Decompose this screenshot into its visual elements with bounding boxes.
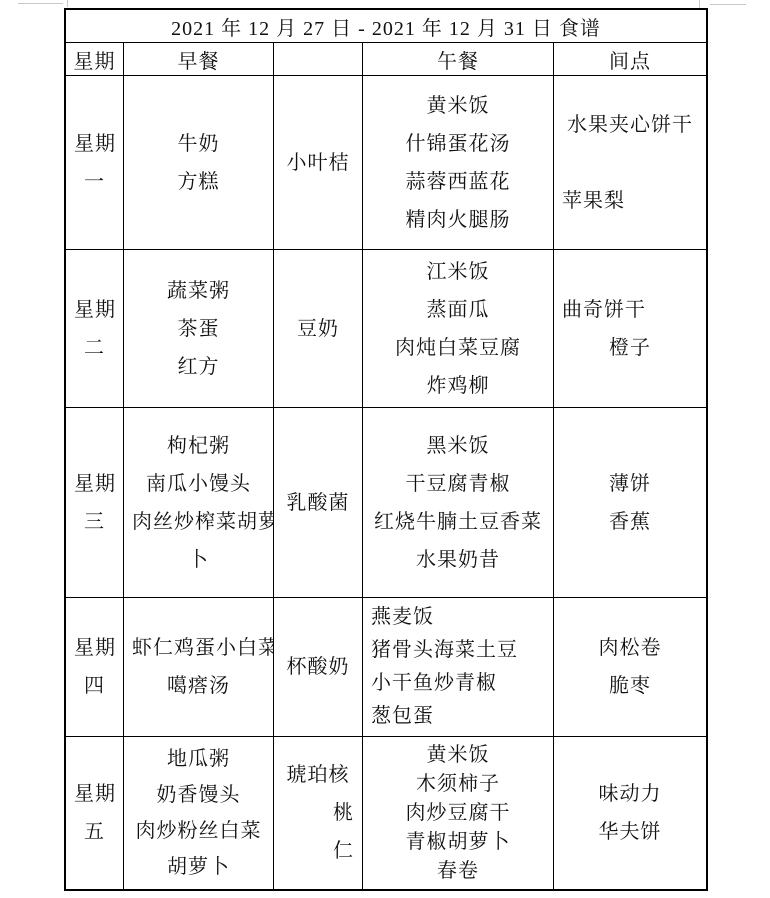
header-week: 星期 [66,43,124,76]
menu-item: 胡萝卜 [124,849,273,885]
day-cell: 星期二 [66,250,124,408]
extra-cell: 琥珀核桃仁 [274,737,363,889]
lunch-cell: 江米饭蒸面瓜肉炖白菜豆腐炸鸡柳 [363,250,554,408]
menu-item: 琥珀核 [274,756,362,794]
menu-item: 青椒胡萝卜 [363,828,553,857]
menu-item: 小叶桔 [274,144,362,182]
menu-item: 南瓜小馒头 [124,465,273,503]
day-label: 星期 [66,775,123,813]
day-label: 二 [66,329,123,367]
menu-item: 干豆腐青椒 [363,465,553,503]
menu-item: 乳酸菌 [274,484,362,522]
extra-cell: 杯酸奶 [274,598,363,737]
menu-item: 黑米饭 [363,427,553,465]
day-label: 星期 [66,125,123,163]
menu-item: 肉松卷 [554,629,706,667]
menu-item: 小干鱼炒青椒 [363,667,553,700]
menu-item: 枸杞粥 [124,427,273,465]
menu-item: 红方 [124,348,273,386]
day-cell: 星期四 [66,598,124,737]
menu-item: 地瓜粥 [124,741,273,777]
day-label: 星期 [66,629,123,667]
header-snack: 间点 [554,43,706,76]
menu-item: 茶蛋 [124,310,273,348]
table-title: 2021 年 12 月 27 日 - 2021 年 12 月 31 日 食谱 [66,10,706,43]
extra-cell: 乳酸菌 [274,408,363,598]
menu-item: 木须柿子 [363,770,553,799]
menu-item: 红烧牛腩土豆香菜 [363,503,553,541]
header-week-label: 星期 [66,45,124,74]
menu-item: 牛奶 [124,125,273,163]
document-page: { "colors": { "border": "#000000", "text… [0,0,770,898]
menu-item: 水果夹心饼干 [554,106,706,144]
day-label: 一 [66,163,123,201]
menu-item: 虾仁鸡蛋小白菜 [124,629,273,667]
margin-mark-top-left-vertical [67,0,68,7]
menu-item: 肉炒豆腐干 [363,799,553,828]
header-lunch: 午餐 [363,43,554,76]
menu-item: 炸鸡柳 [363,367,553,405]
menu-item: 肉炖白菜豆腐 [363,329,553,367]
menu-item: 奶香馒头 [124,777,273,813]
menu-item: 猪骨头海菜土豆 [363,634,553,667]
extra-cell: 豆奶 [274,250,363,408]
day-label: 三 [66,503,123,541]
menu-item: 苹果梨 [554,182,706,220]
menu-item: 蒸面瓜 [363,291,553,329]
margin-mark-top-left-horizontal [18,3,63,4]
menu-item [554,144,706,182]
snack-cell: 味动力华夫饼 [554,737,706,889]
header-lunch-label: 午餐 [429,45,487,74]
menu-item: 橙子 [554,329,706,367]
header-extra [274,43,363,76]
day-label: 星期 [66,465,123,503]
menu-item: 杯酸奶 [274,648,362,686]
menu-item: 精肉火腿肠 [363,201,553,239]
menu-item: 薄饼 [554,465,706,503]
menu-item: 春卷 [363,857,553,886]
lunch-cell: 燕麦饭猪骨头海菜土豆小干鱼炒青椒葱包蛋 [363,598,554,737]
day-label: 五 [66,813,123,851]
menu-item: 仁 [274,832,362,870]
breakfast-cell: 枸杞粥南瓜小馒头肉丝炒榨菜胡萝卜 [124,408,274,598]
menu-item: 曲奇饼干 [554,291,706,329]
snack-cell: 薄饼香蕉 [554,408,706,598]
menu-item: 黄米饭 [363,741,553,770]
day-cell: 星期一 [66,76,124,250]
day-cell: 星期三 [66,408,124,598]
menu-item: 什锦蛋花汤 [363,125,553,163]
extra-cell: 小叶桔 [274,76,363,250]
menu-item: 卜 [124,541,273,579]
menu-table: 2021 年 12 月 27 日 - 2021 年 12 月 31 日 食谱 星… [64,8,708,891]
header-breakfast: 早餐 [124,43,274,76]
menu-item: 豆奶 [274,310,362,348]
menu-item: 肉丝炒榨菜胡萝 [124,503,273,541]
breakfast-cell: 牛奶方糕 [124,76,274,250]
day-label: 星期 [66,291,123,329]
lunch-cell: 黄米饭什锦蛋花汤蒜蓉西蓝花精肉火腿肠 [363,76,554,250]
margin-mark-top-right-horizontal [710,4,746,5]
margin-mark-top-right-vertical [699,0,700,8]
breakfast-cell: 地瓜粥奶香馒头肉炒粉丝白菜胡萝卜 [124,737,274,889]
day-cell: 星期五 [66,737,124,889]
menu-item: 噶瘩汤 [124,667,273,705]
menu-item: 脆枣 [554,667,706,705]
menu-item: 香蕉 [554,503,706,541]
menu-item: 肉炒粉丝白菜 [124,813,273,849]
lunch-cell: 黑米饭干豆腐青椒红烧牛腩土豆香菜水果奶昔 [363,408,554,598]
menu-item: 味动力 [554,775,706,813]
menu-item: 燕麦饭 [363,601,553,634]
menu-item: 华夫饼 [554,813,706,851]
menu-item: 桃 [274,794,362,832]
snack-cell: 水果夹心饼干 苹果梨 [554,76,706,250]
snack-cell: 肉松卷脆枣 [554,598,706,737]
breakfast-cell: 虾仁鸡蛋小白菜噶瘩汤 [124,598,274,737]
menu-item: 江米饭 [363,253,553,291]
breakfast-cell: 蔬菜粥茶蛋红方 [124,250,274,408]
day-label: 四 [66,667,123,705]
header-breakfast-label: 早餐 [170,45,228,74]
menu-item: 方糕 [124,163,273,201]
menu-item: 水果奶昔 [363,541,553,579]
menu-item: 葱包蛋 [363,700,553,733]
menu-item: 黄米饭 [363,87,553,125]
lunch-cell: 黄米饭木须柿子肉炒豆腐干青椒胡萝卜春卷 [363,737,554,889]
menu-item: 蔬菜粥 [124,272,273,310]
snack-cell: 曲奇饼干橙子 [554,250,706,408]
header-snack-label: 间点 [601,45,659,74]
menu-item: 蒜蓉西蓝花 [363,163,553,201]
